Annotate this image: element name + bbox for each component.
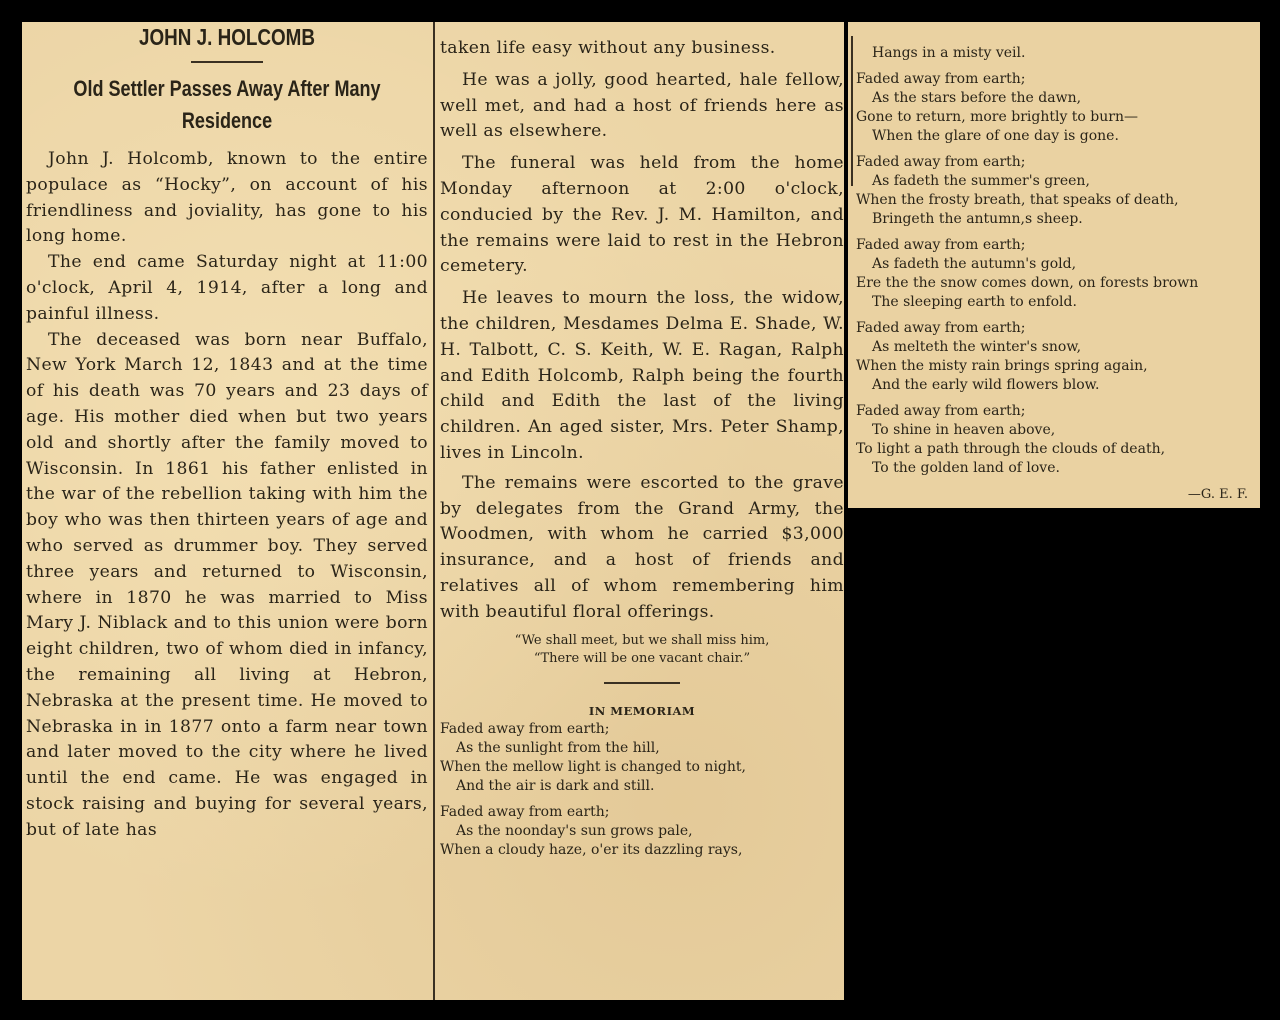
headline: JOHN J. HOLCOMB <box>62 24 392 51</box>
poem-line: As melteth the winter's snow, <box>856 338 1256 357</box>
poem-line: When the mellow light is changed to nigh… <box>440 758 844 777</box>
poem-line: Gone to return, more brightly to burn— <box>856 108 1256 127</box>
article-body-part2: taken life easy without any business. He… <box>440 36 844 626</box>
stanza: Faded away from earth; As melteth the wi… <box>856 319 1256 395</box>
column-1: JOHN J. HOLCOMB Old Settler Passes Away … <box>26 24 428 844</box>
poem-line: And the early wild flowers blow. <box>856 376 1256 395</box>
poem-title: IN MEMORIAM <box>440 704 844 718</box>
column-3: Hangs in a misty veil. Faded away from e… <box>856 44 1256 504</box>
signature: —G. E. F. <box>856 485 1248 504</box>
article-body-part1: John J. Holcomb, known to the entire pop… <box>26 147 428 844</box>
stanza: Faded away from earth; To shine in heave… <box>856 402 1256 478</box>
stanza: Faded away from earth; As the noonday's … <box>440 803 844 860</box>
poem-line: Faded away from earth; <box>856 236 1256 255</box>
poem-line: Faded away from earth; <box>856 70 1256 89</box>
poem-line: When the misty rain brings spring again, <box>856 357 1256 376</box>
paragraph-continuation: taken life easy without any business. <box>440 36 844 62</box>
paragraph: He was a jolly, good hearted, hale fello… <box>440 68 844 145</box>
quote-line: “There will be one vacant chair.” <box>440 650 844 668</box>
poem-line: As the stars before the dawn, <box>856 89 1256 108</box>
poem-line: And the air is dark and still. <box>440 777 844 796</box>
poem-line: When a cloudy haze, o'er its dazzling ra… <box>440 841 844 860</box>
poem-line: Faded away from earth; <box>440 720 844 739</box>
column-rule <box>433 22 435 1000</box>
poem-line: As the sunlight from the hill, <box>440 739 844 758</box>
poem-line: Faded away from earth; <box>856 402 1256 421</box>
poem-line: When the frosty breath, that speaks of d… <box>856 191 1256 210</box>
closing-quote: “We shall meet, but we shall miss him, “… <box>440 632 844 668</box>
stanza: Faded away from earth; As fadeth the aut… <box>856 236 1256 312</box>
paragraph: The deceased was born near Buffalo, New … <box>26 328 428 844</box>
poem-line: To shine in heaven above, <box>856 421 1256 440</box>
poem-line: When the glare of one day is gone. <box>856 127 1256 146</box>
poem-line: To light a path through the clouds of de… <box>856 440 1256 459</box>
poem-line: As fadeth the autumn's gold, <box>856 255 1256 274</box>
subheadline: Old Settler Passes Away After Many Resid… <box>29 73 424 137</box>
poem-line: The sleeping earth to enfold. <box>856 293 1256 312</box>
stanza: Faded away from earth; As the sunlight f… <box>440 720 844 796</box>
poem-line: Bringeth the antumn,s sheep. <box>856 210 1256 229</box>
poem-line: To the golden land of love. <box>856 459 1256 478</box>
poem-line: Faded away from earth; <box>856 319 1256 338</box>
poem-line: Ere the the snow comes down, on forests … <box>856 274 1256 293</box>
column-2: taken life easy without any business. He… <box>440 36 844 867</box>
headline-divider <box>191 61 263 63</box>
paragraph: The funeral was held from the home Monda… <box>440 151 844 280</box>
paragraph: The end came Saturday night at 11:00 o'c… <box>26 250 428 327</box>
section-divider <box>604 682 680 684</box>
column-rule <box>851 36 853 186</box>
poem-line: As fadeth the summer's green, <box>856 172 1256 191</box>
stanza: Faded away from earth; As the stars befo… <box>856 70 1256 146</box>
poem-part2: Hangs in a misty veil. Faded away from e… <box>856 44 1256 504</box>
poem-line: Hangs in a misty veil. <box>856 44 1256 63</box>
stanza: Hangs in a misty veil. <box>856 44 1256 63</box>
paragraph: The remains were escorted to the grave b… <box>440 471 844 626</box>
poem-part1: Faded away from earth; As the sunlight f… <box>440 720 844 860</box>
poem-line: Faded away from earth; <box>856 153 1256 172</box>
poem-line: As the noonday's sun grows pale, <box>440 822 844 841</box>
paragraph: He leaves to mourn the loss, the widow, … <box>440 286 844 467</box>
quote-line: “We shall meet, but we shall miss him, <box>440 632 844 650</box>
stanza: Faded away from earth; As fadeth the sum… <box>856 153 1256 229</box>
poem-line: Faded away from earth; <box>440 803 844 822</box>
paragraph: John J. Holcomb, known to the entire pop… <box>26 147 428 250</box>
